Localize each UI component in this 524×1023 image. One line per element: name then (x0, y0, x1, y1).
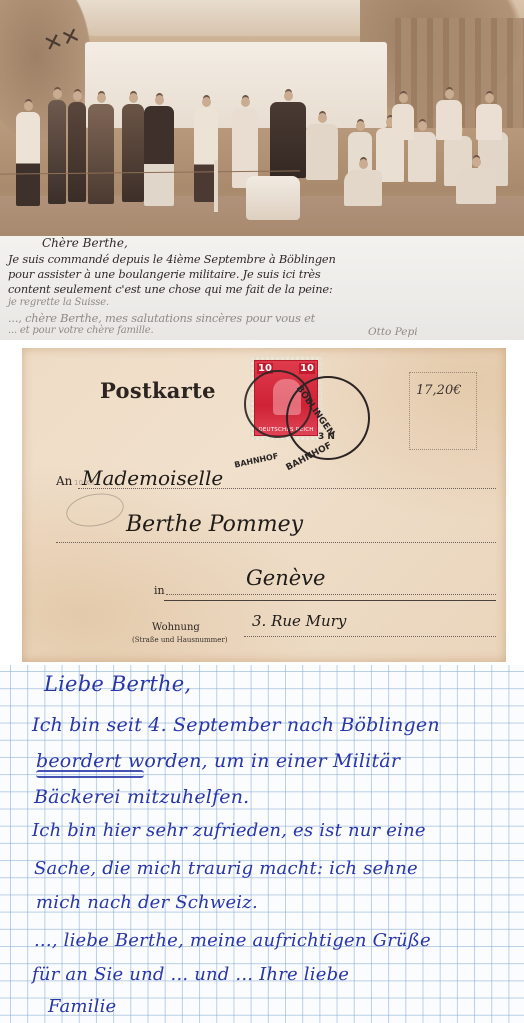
photo-person (436, 100, 462, 140)
city-label: in (154, 584, 165, 597)
recipient-name: Berthe Pommey (126, 512, 303, 537)
transcription-line: Liebe Berthe, (44, 672, 191, 696)
transcription-line: Familie (48, 996, 116, 1017)
photo-person (122, 104, 144, 202)
postcard-title: Postkarte (100, 378, 216, 403)
photo-person (88, 104, 114, 204)
message-line: Je suis commandé depuis le 4ième Septemb… (8, 252, 336, 266)
message-line: pour assister à une boulangerie militair… (8, 267, 321, 281)
message-signature: Otto Pepi (368, 326, 418, 338)
postmark-station: BAHNHOF (234, 451, 280, 469)
message-line: ... et pour votre chère famille. (8, 325, 154, 336)
address-line-3 (166, 594, 496, 595)
photo-sky (60, 0, 400, 36)
message-line: content seulement c'est une chose qui me… (8, 282, 333, 296)
photo-person (456, 168, 496, 204)
street-sublabel: (Straße und Hausnummer) (132, 636, 228, 644)
photo-person (48, 100, 66, 204)
photo-person (16, 112, 40, 206)
transcription-line: für an Sie und ... und ... Ihre liebe (32, 964, 349, 985)
transcription-line: beordert worden, um in einer Militär (36, 750, 400, 772)
transcription-line: ..., liebe Berthe, meine aufrichtigen Gr… (34, 930, 431, 951)
faint-stamp-text: 10 XII (74, 479, 94, 487)
transcription-line: Ich bin hier sehr zufrieden, es ist nur … (32, 820, 426, 841)
to-label: An (56, 474, 72, 488)
strikethrough-scribble (36, 770, 144, 778)
message-line: ..., chère Berthe, mes salutations sincè… (8, 311, 315, 325)
postmark-code: 3 N (318, 432, 335, 442)
group-photo-soldiers-bakery: ✕✕ (0, 0, 524, 236)
photo-postcard-back: ✕✕ Chère Berthe, Je suis commandé depuis… (0, 0, 524, 340)
recipient-city: Genève (246, 566, 325, 590)
stamp-value-right: 10 (299, 363, 315, 374)
street-label: Wohnung (152, 622, 200, 633)
transcription-line: Bäckerei mitzuhelfen. (34, 786, 249, 808)
stamp-placement-box: 17,20€ (409, 372, 477, 450)
address-line-2 (56, 542, 496, 543)
photo-person (344, 170, 382, 206)
recipient-title: Mademoiselle (82, 466, 223, 490)
photo-person (392, 104, 414, 140)
address-line-1 (78, 488, 496, 489)
message-line: je regrette la Suisse. (8, 297, 109, 308)
photo-person (476, 104, 502, 140)
recipient-street: 3. Rue Mury (252, 612, 346, 630)
message-salutation: Chère Berthe, (42, 236, 128, 250)
photo-fence-post (214, 160, 218, 212)
price-note: 17,20€ (416, 383, 462, 398)
photo-person (68, 102, 86, 202)
postcard-front: Postkarte 10 10 DEUTSCHES REICH BÖBLINGE… (22, 348, 506, 662)
transcription-line: Ich bin seit 4. September nach Böblingen (32, 714, 440, 736)
photo-person (270, 102, 306, 178)
french-handwritten-message: Chère Berthe, Je suis commandé depuis le… (0, 236, 524, 340)
photo-person (306, 124, 338, 180)
photo-flour-sack (246, 176, 300, 220)
photo-person (144, 106, 174, 206)
transcription-line: Sache, die mich traurig macht: ich sehne (34, 858, 418, 879)
city-underline (164, 600, 496, 601)
address-line-4 (244, 636, 496, 637)
transcription-line: mich nach der Schweiz. (36, 892, 258, 913)
faint-arrival-postmark-icon (64, 489, 127, 531)
